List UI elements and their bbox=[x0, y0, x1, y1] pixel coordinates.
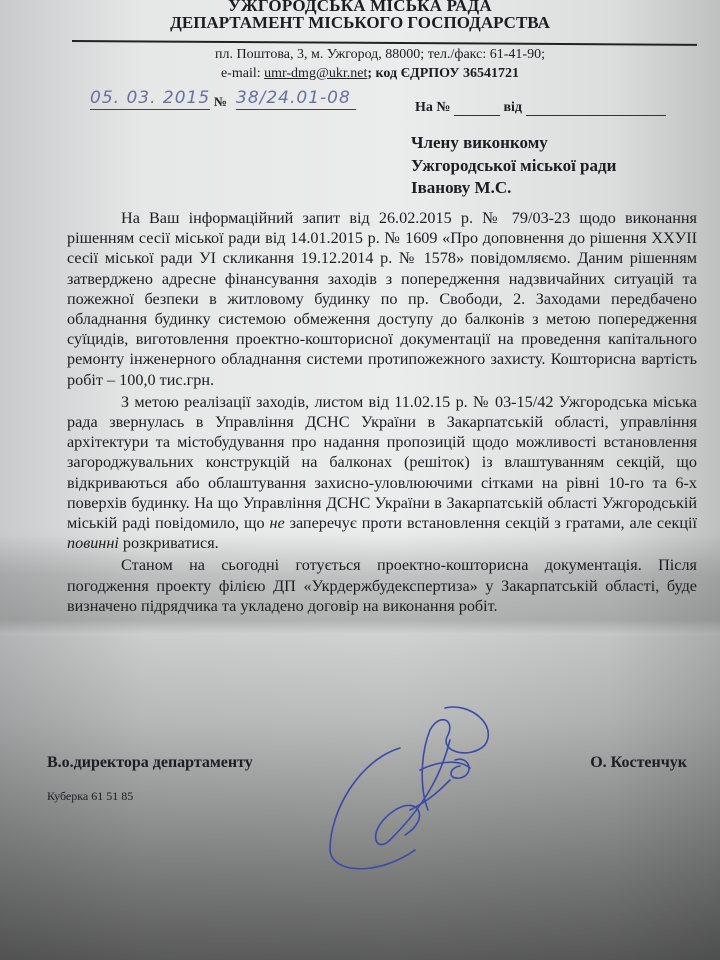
paragraph-2-text: З метою реалізації заходів, листом від 1… bbox=[67, 393, 697, 532]
paragraph-3: Станом на сьогодні готується проектно-ко… bbox=[67, 555, 697, 616]
email-prefix: e-mail: bbox=[221, 66, 264, 81]
paragraph-2-text: розкриватися. bbox=[119, 534, 219, 552]
addressee-block: Члену виконкому Ужгородської міської рад… bbox=[411, 132, 616, 200]
addressee-line-2: Ужгородської міської ради bbox=[411, 155, 616, 178]
paragraph-2-emphasis: не bbox=[269, 514, 284, 532]
edrpou-code: ; код ЄДРПОУ 36541721 bbox=[367, 66, 519, 81]
addressee-line-1: Члену виконкому bbox=[411, 132, 616, 155]
letterhead-address: пл. Поштова, 3, м. Ужгород, 88000; тел./… bbox=[0, 47, 720, 63]
incoming-reference: На № від bbox=[415, 100, 666, 116]
incoming-number-label: На № bbox=[415, 100, 450, 115]
signatory-title: В.о.директора департаменту bbox=[47, 754, 253, 772]
signatory-name: О. Костенчук bbox=[590, 754, 687, 772]
letterhead-department: ДЕПАРТАМЕНТ МІСЬКОГО ГОСПОДАРСТВА bbox=[0, 13, 720, 33]
incoming-from-label: від bbox=[503, 100, 522, 115]
letterhead-contacts: e-mail: umr-dmg@ukr.net; код ЄДРПОУ 3654… bbox=[0, 66, 720, 82]
incoming-date-blank bbox=[526, 103, 666, 116]
letterhead-divider bbox=[72, 40, 697, 46]
incoming-number-blank bbox=[454, 103, 500, 116]
email-link[interactable]: umr-dmg@ukr.net bbox=[264, 66, 367, 81]
letter-body: На Ваш інформаційний запит від 26.02.201… bbox=[67, 208, 697, 616]
addressee-line-3: Іванову М.С. bbox=[411, 177, 616, 200]
letter-page: УЖГОРОДСЬКА МІСЬКА РАДА ДЕПАРТАМЕНТ МІСЬ… bbox=[0, 0, 720, 960]
paragraph-2-emphasis: повинні bbox=[67, 534, 119, 552]
handwritten-signature-icon bbox=[320, 700, 520, 880]
outgoing-date: 05. 03. 2015 bbox=[90, 88, 210, 110]
paragraph-1: На Ваш інформаційний запит від 26.02.201… bbox=[67, 208, 697, 390]
outgoing-number: 38/24.01-08 bbox=[236, 88, 356, 110]
outgoing-number-label: № bbox=[214, 94, 227, 110]
paragraph-2-text: заперечує проти встановлення секцій з гр… bbox=[285, 514, 697, 532]
paragraph-2: З метою реалізації заходів, листом від 1… bbox=[67, 392, 697, 554]
executor-contact: Куберка 61 51 85 bbox=[47, 789, 133, 804]
